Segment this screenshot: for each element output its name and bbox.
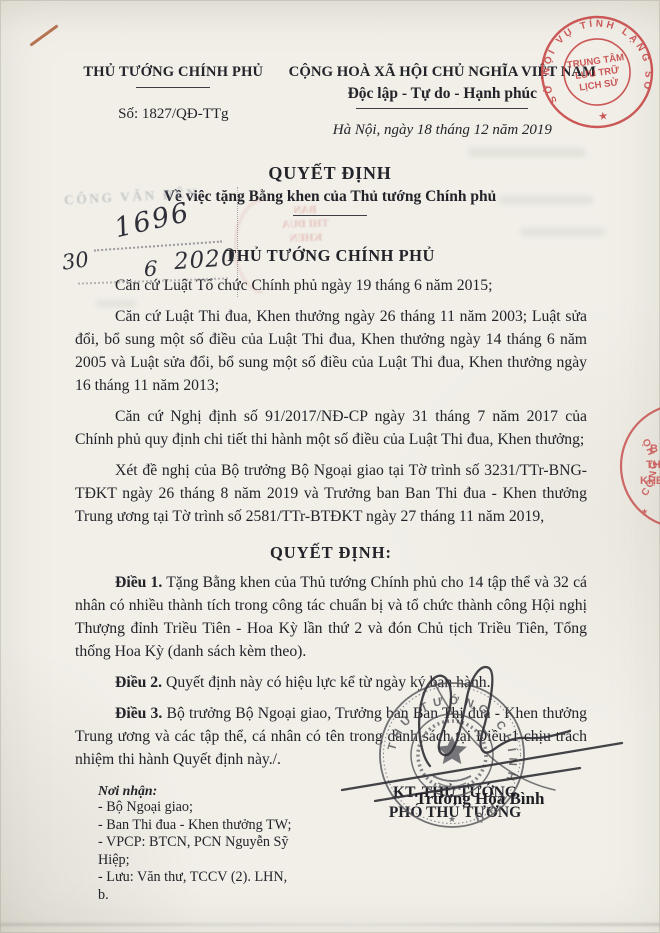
recipient-item: - Ban Thi đua - Khen thưởng TW; — [98, 817, 320, 835]
scan-edge-streak — [0, 923, 660, 926]
scan-smudge — [498, 196, 594, 204]
article-1: Điều 1. Tặng Bằng khen của Thủ tướng Chí… — [75, 571, 587, 663]
issuer-name: THỦ TƯỚNG CHÍNH PHỦ — [70, 64, 277, 81]
side-stamp-fragment: KHEN — [640, 475, 660, 487]
recipient-item: - VPCP: BTCN, PCN Nguyễn Sỹ Hiệp; — [98, 834, 320, 869]
article-2-label: Điều 2. — [115, 674, 162, 691]
side-stamp-star: ★ — [641, 507, 648, 516]
bleedthrough-red-text: BAN THI ĐUA KHEN — [281, 202, 329, 246]
articles: Điều 1. Tặng Bằng khen của Thủ tướng Chí… — [75, 571, 587, 771]
recitals: Căn cứ Luật Tổ chức Chính phủ ngày 19 th… — [75, 274, 587, 528]
side-stamp-fragment: TH — [646, 459, 660, 471]
recipients-block: Nơi nhận: - Bộ Ngoại giao; - Ban Thi đua… — [98, 783, 320, 904]
article-2-text: Quyết định này có hiệu lực kể từ ngày ký… — [166, 674, 491, 691]
article-3-label: Điều 3. — [115, 705, 162, 722]
bleed-fragment: THI ĐUA — [282, 216, 329, 232]
decision-heading: QUYẾT ĐỊNH: — [75, 543, 587, 563]
received-day-handwritten: 30 — [60, 247, 90, 274]
motto-underline — [356, 108, 528, 109]
archive-stamp: SỞ NỘI VỤ TỈNH LẠNG SƠN ★ TRUNG TÂM LƯU … — [533, 8, 660, 136]
issuer-underline — [136, 87, 210, 88]
signer-name: Trương Hòa Bình — [360, 789, 600, 809]
recital-paragraph: Căn cứ Nghị định số 91/2017/NĐ-CP ngày 3… — [75, 405, 587, 451]
issuer-block: THỦ TƯỚNG CHÍNH PHỦ Số: 1827/QĐ-TTg — [70, 64, 277, 139]
article-2: Điều 2. Quyết định này có hiệu lực kể từ… — [75, 671, 587, 694]
recipient-item: - Bộ Ngoại giao; — [98, 799, 320, 817]
recital-paragraph: Căn cứ Luật Thi đua, Khen thưởng ngày 26… — [75, 305, 587, 397]
received-month-handwritten: 6 — [144, 257, 157, 281]
recital-paragraph: Xét đề nghị của Bộ trưởng Bộ Ngoại giao … — [75, 459, 587, 528]
bleed-fragment: KHEN — [282, 230, 329, 246]
archive-stamp-star: ★ — [598, 110, 610, 123]
article-3: Điều 3. Bộ trưởng Bộ Ngoại giao, Trưởng … — [75, 702, 587, 771]
recipient-item: - Lưu: Văn thư, TCCV (2). LHN, b. — [98, 869, 320, 904]
document-body: Căn cứ Luật Tổ chức Chính phủ ngày 19 th… — [0, 274, 660, 771]
scan-smudge — [96, 300, 136, 307]
recipients-label: Nơi nhận: — [98, 783, 320, 799]
document-number: Số: 1827/QĐ-TTg — [70, 106, 277, 123]
article-1-label: Điều 1. — [115, 574, 162, 591]
scan-smudge — [520, 228, 606, 236]
partial-red-stamp: CỘNG HÒA ★ B TH KHEN — [584, 392, 660, 544]
received-stamp-block: CÔNG VĂN ĐẾN 1696 30 6 2020 — [52, 183, 262, 303]
received-year-handwritten: 2020 — [173, 245, 237, 275]
document-type-title: QUYẾT ĐỊNH — [0, 163, 660, 184]
scanned-document-page: THỦ TƯỚNG CHÍNH PHỦ Số: 1827/QĐ-TTg CỘNG… — [0, 0, 660, 933]
scan-smudge — [468, 148, 586, 157]
side-stamp-fragment: B — [650, 443, 658, 455]
